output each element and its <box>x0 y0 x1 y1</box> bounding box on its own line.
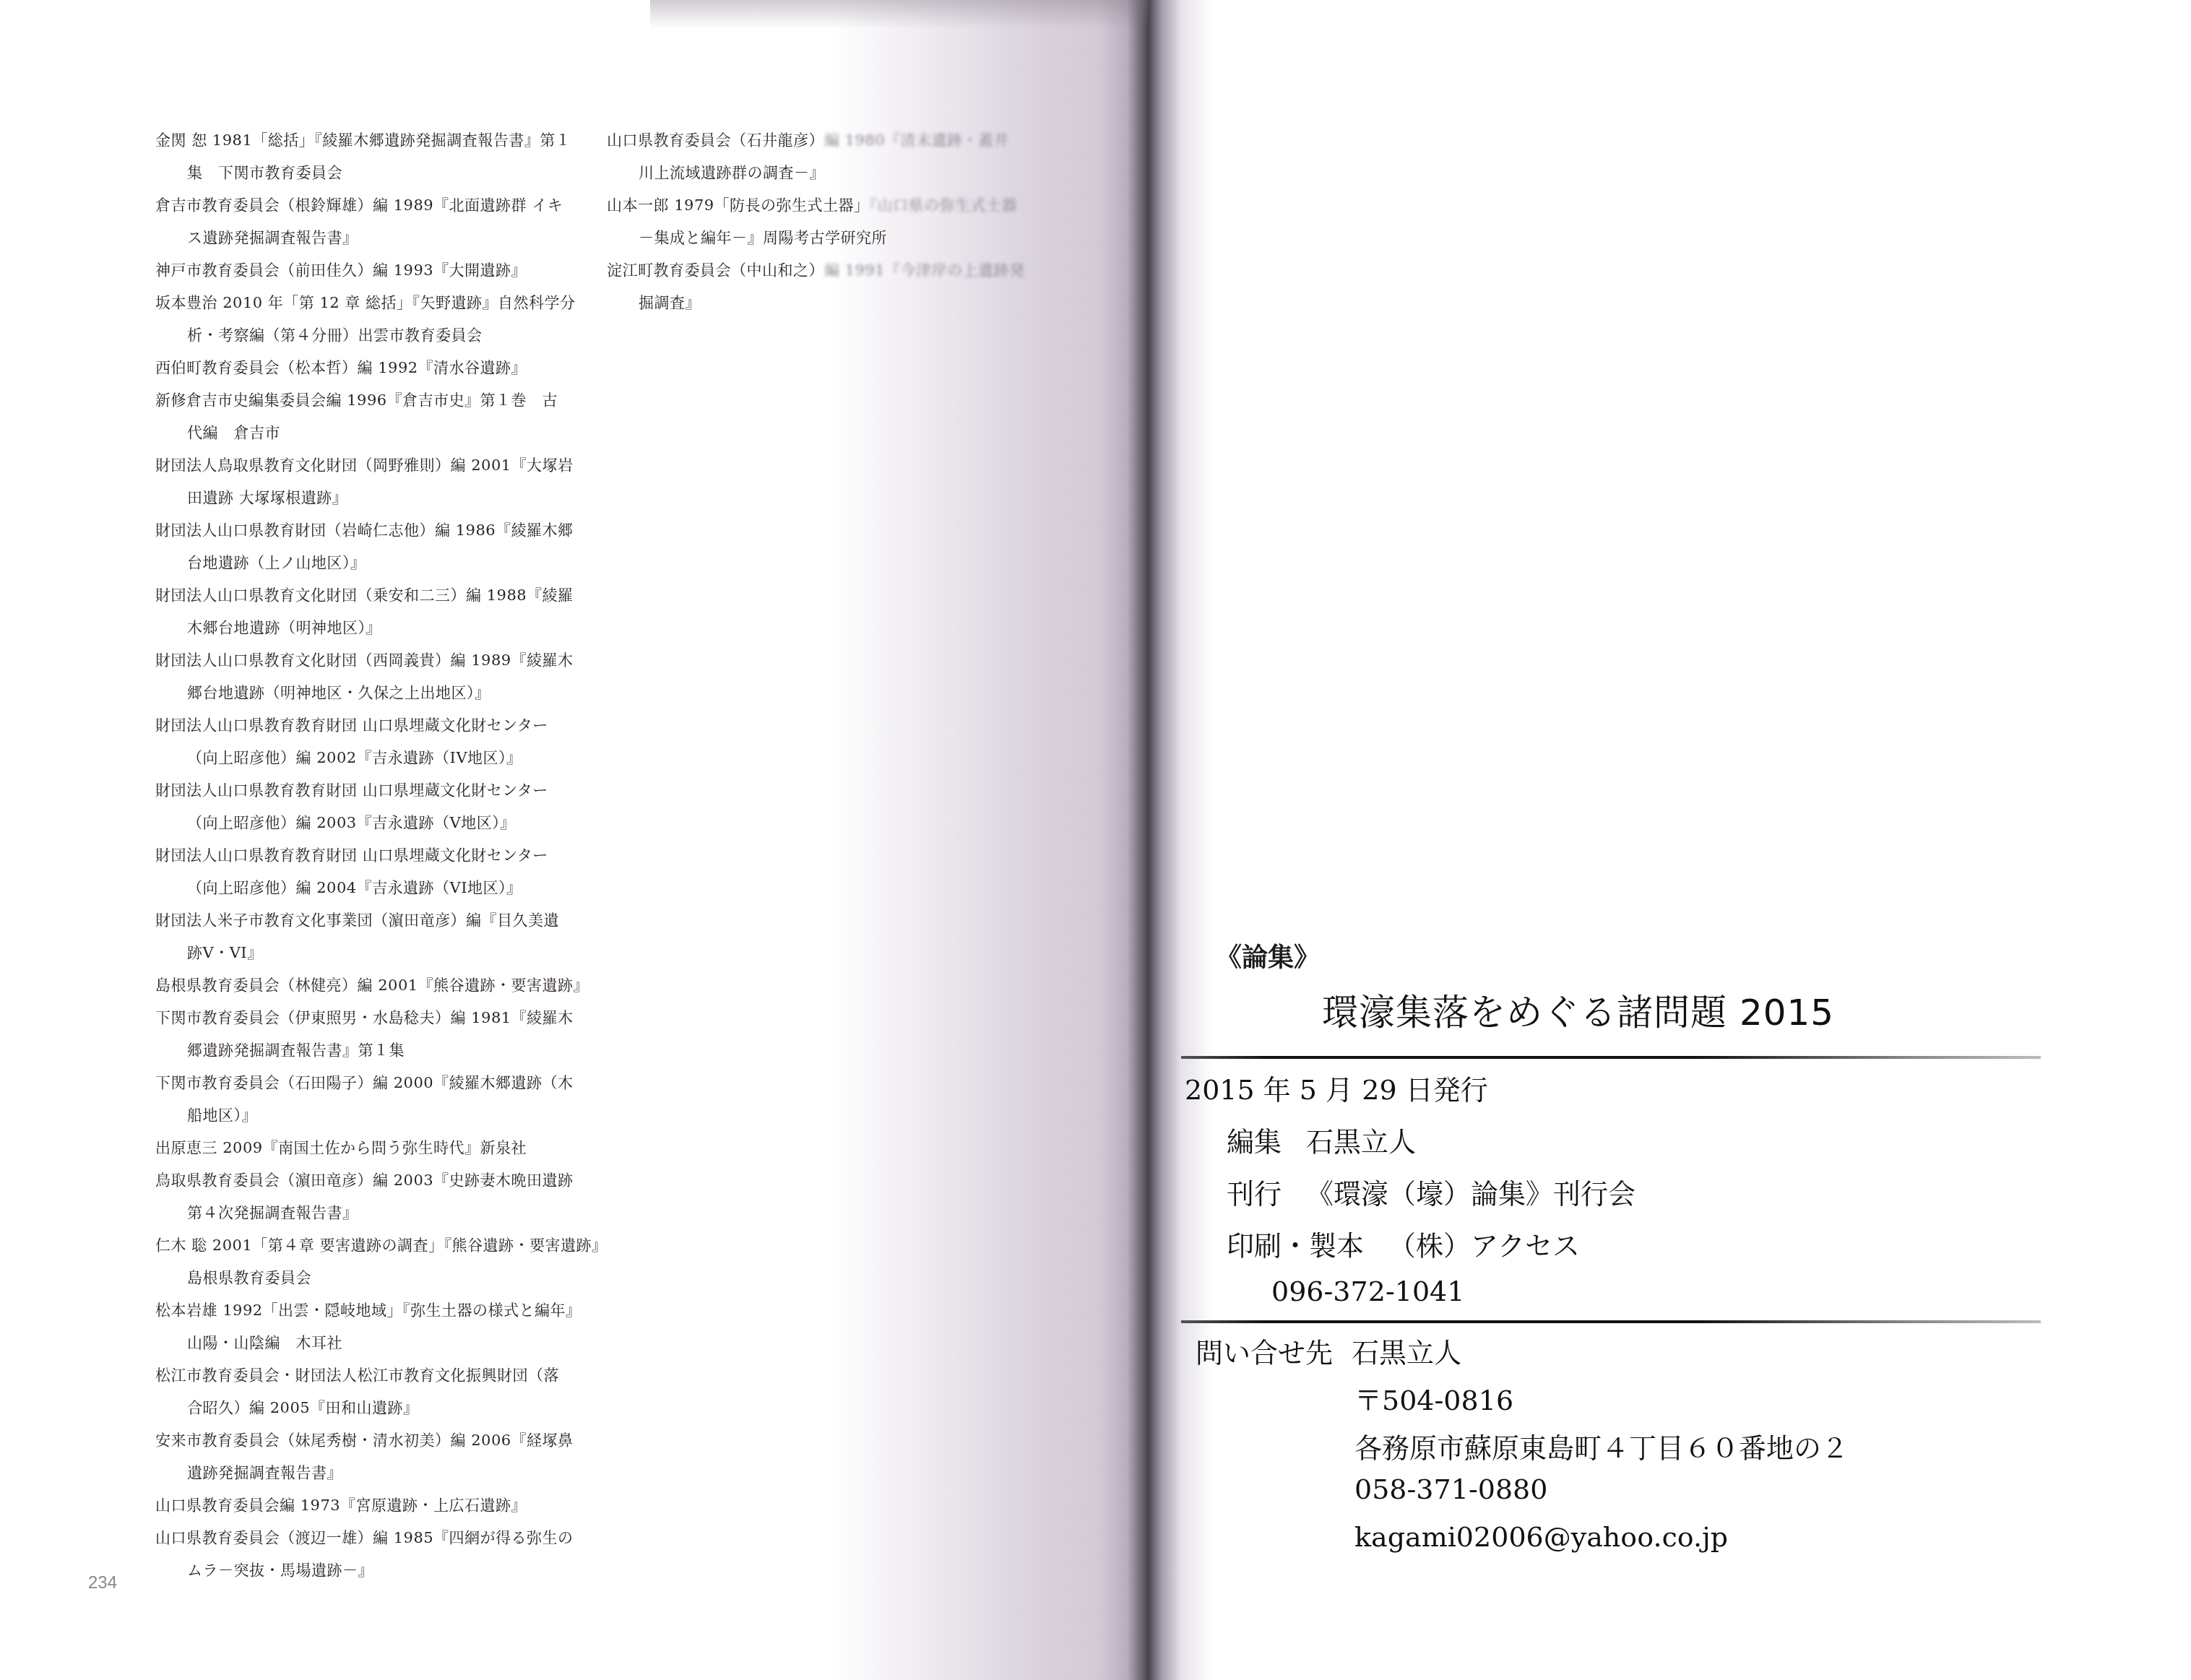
divider-rule <box>1181 1320 2041 1323</box>
series-label: 《論集》 <box>1216 938 1320 974</box>
postal-code: 〒504-0816 <box>1354 1378 1513 1418</box>
printer-label: 印刷・製本 <box>1227 1224 1364 1263</box>
printer-phone: 096-372-1041 <box>1271 1276 1464 1307</box>
editor-name: 石黒立人 <box>1306 1120 1416 1159</box>
contact-email: kagami02006@yahoo.co.jp <box>1354 1521 1728 1553</box>
inquiry-name: 石黒立人 <box>1352 1330 1461 1370</box>
publisher-name: 《環濠（壕）論集》刊行会 <box>1306 1172 1635 1211</box>
inquiry-label: 問い合せ先 <box>1196 1330 1333 1370</box>
printer-row: 印刷・製本（株）アクセス <box>1227 1224 1580 1263</box>
inquiry-row: 問い合せ先石黒立人 <box>1196 1330 1461 1370</box>
address: 各務原市蘇原東島町４丁目６０番地の２ <box>1354 1426 1849 1465</box>
editor-label: 編集 <box>1227 1120 1282 1159</box>
printer-name: （株）アクセス <box>1388 1224 1580 1263</box>
divider-rule <box>1181 1056 2041 1059</box>
contact-phone: 058-371-0880 <box>1354 1473 1547 1505</box>
publisher-label: 刊行 <box>1227 1172 1282 1211</box>
book-title: 環濠集落をめぐる諸問題 2015 <box>1322 984 1834 1036</box>
colophon: 《論集》 環濠集落をめぐる諸問題 2015 2015 年 5 月 29 日発行 … <box>0 0 2191 1680</box>
publication-date: 2015 年 5 月 29 日発行 <box>1185 1068 1488 1107</box>
editor-row: 編集石黒立人 <box>1227 1120 1416 1159</box>
publisher-row: 刊行《環濠（壕）論集》刊行会 <box>1227 1172 1635 1211</box>
